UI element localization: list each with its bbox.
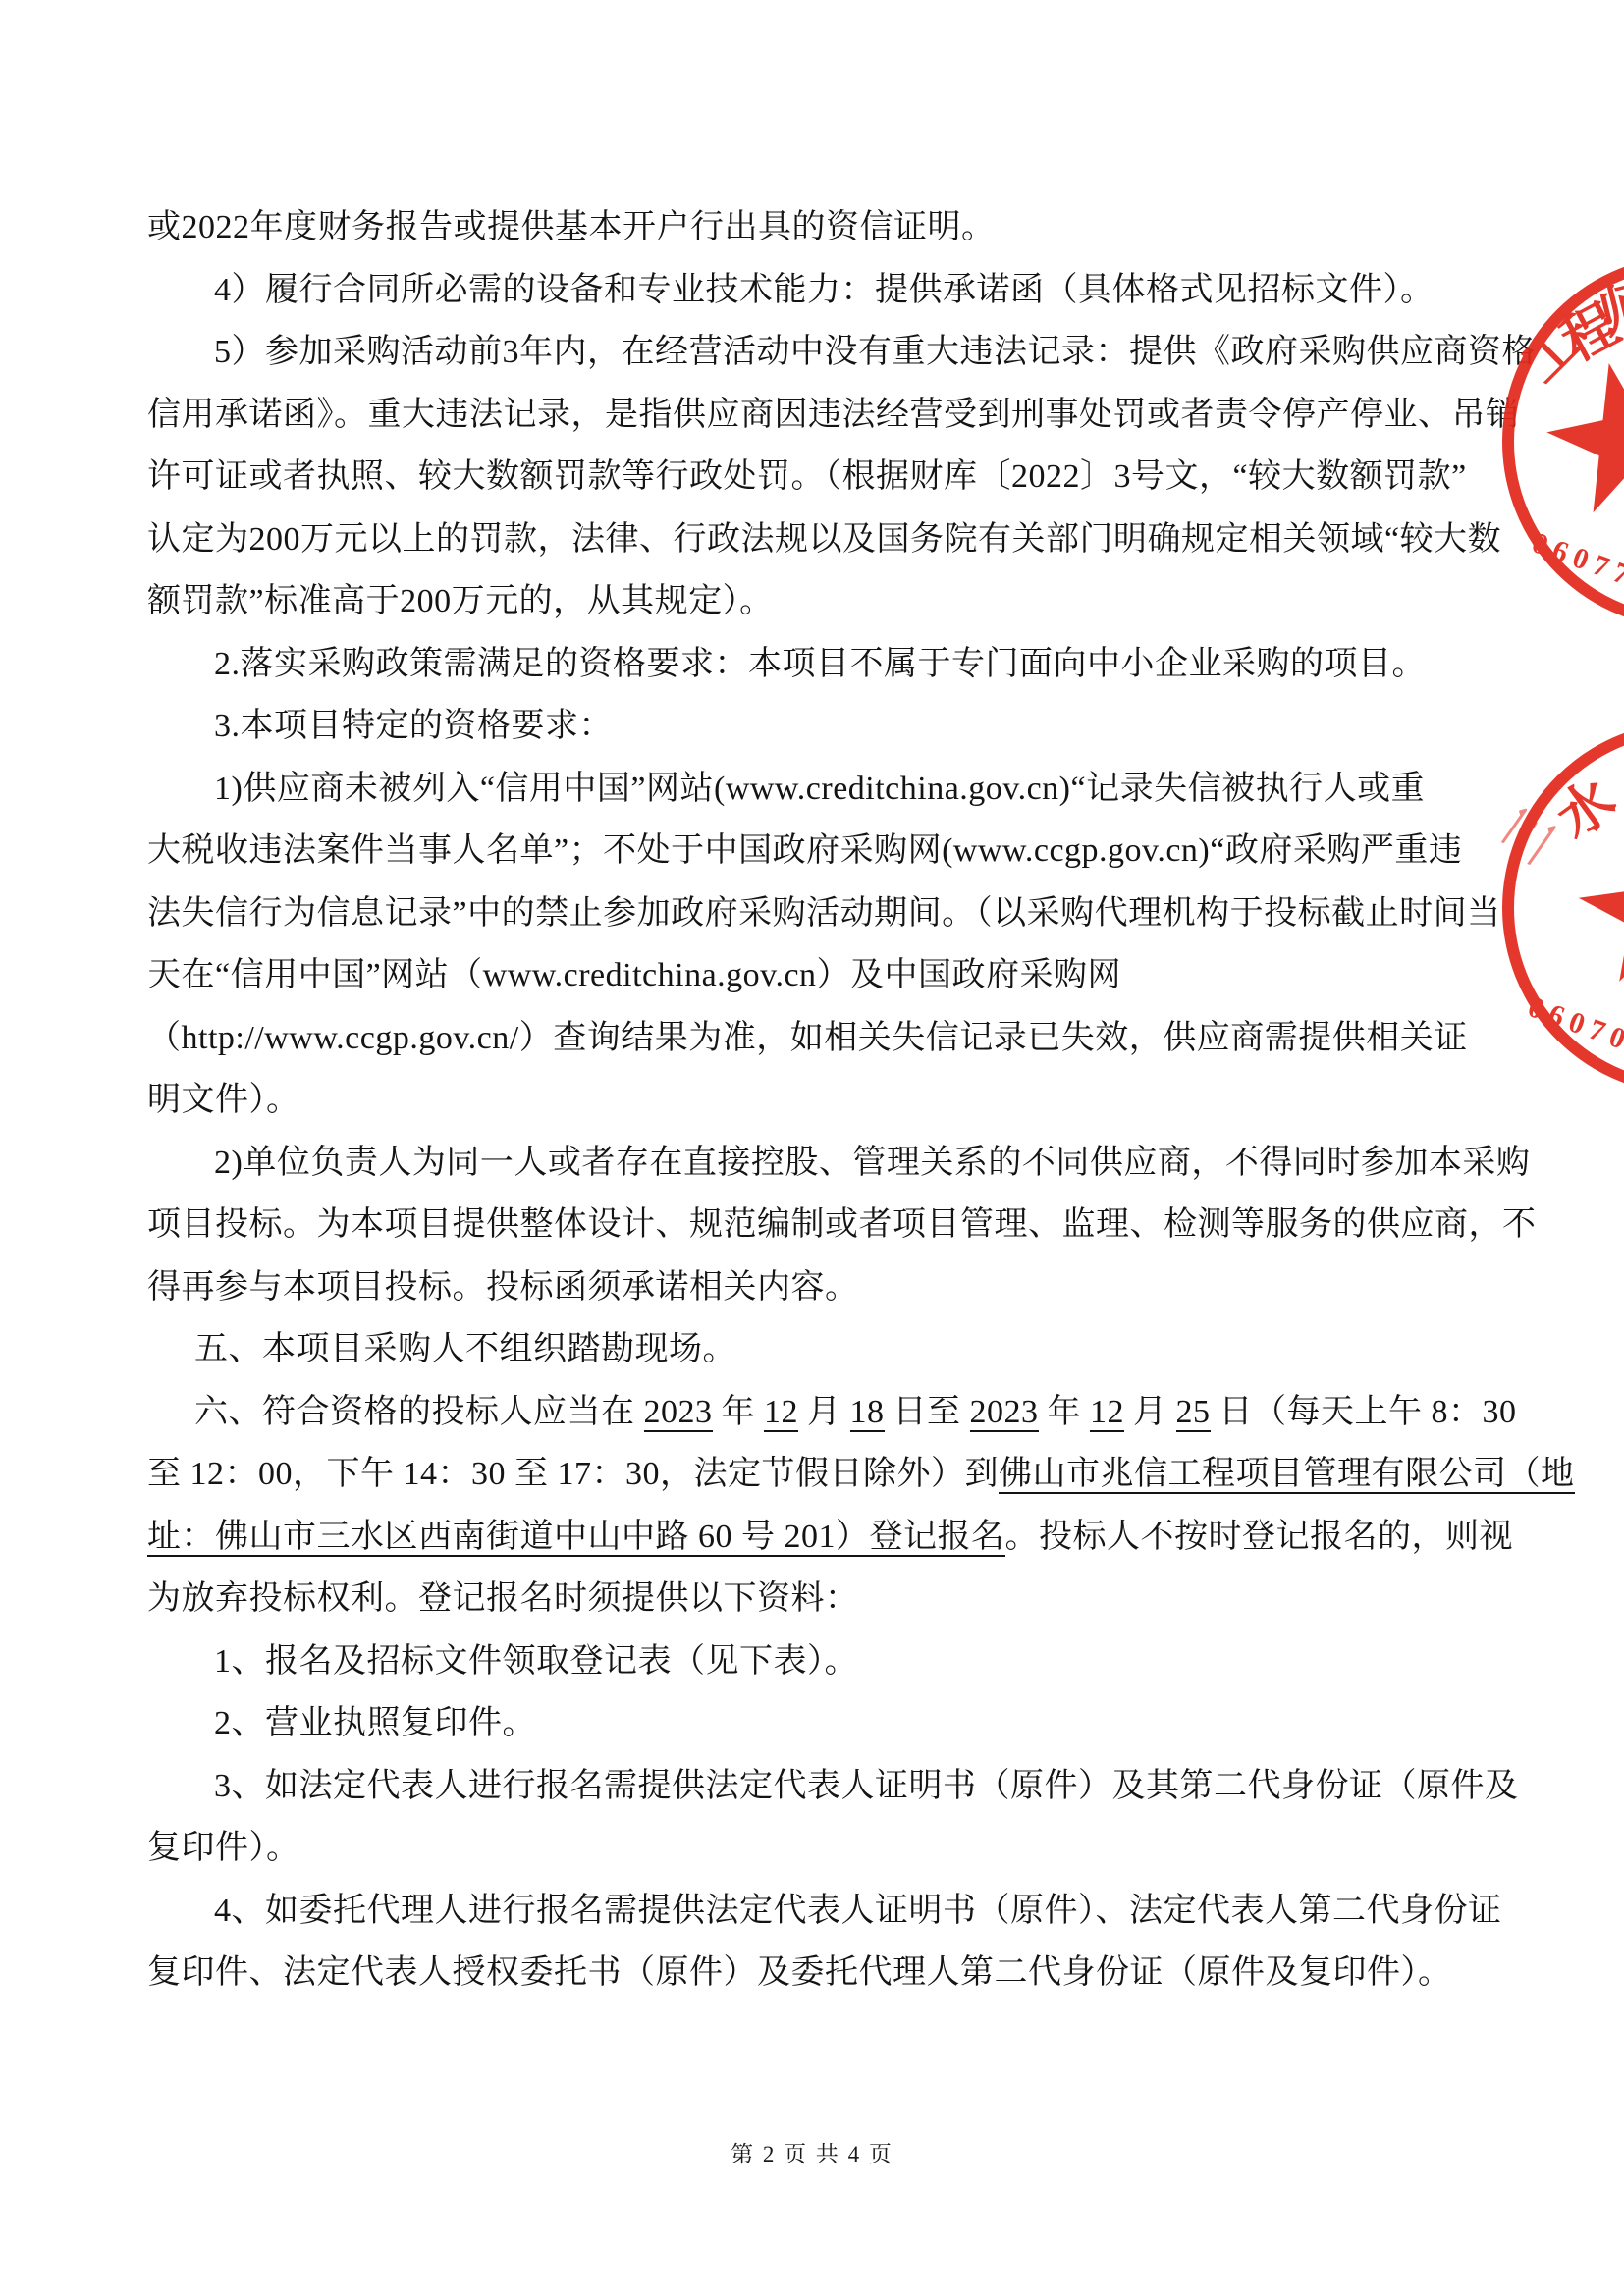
- document-body: 或2022年度财务报告或提供基本开户行出具的资信证明。4）履行合同所必需的设备和…: [147, 196, 1561, 2004]
- text-segment: 项目投标。为本项目提供整体设计、规范编制或者项目管理、监理、检测等服务的供应商，…: [147, 1206, 1537, 1243]
- stamp-arc-text: 程: [1553, 296, 1624, 371]
- text-line: 复印件、法定代表人授权委托书（原件）及委托代理人第二代身份证（原件及复印件）。: [147, 1942, 1561, 2004]
- text-segment: 大税收违法案件当事人名单”；不处于中国政府采购网(www.ccgp.gov.cn…: [147, 832, 1462, 869]
- text-line: 2、营业执照复印件。: [147, 1692, 1561, 1755]
- star-icon: ★: [1555, 798, 1624, 1017]
- text-segment: 复印件、法定代表人授权委托书（原件）及委托代理人第二代身份证（原件及复印件）。: [147, 1954, 1452, 1991]
- text-segment: 日（每天上午 8：30: [1211, 1394, 1517, 1430]
- text-segment: 天在“信用中国”网站（www.creditchina.gov.cn）及中国政府采…: [147, 957, 1121, 993]
- text-line: 3、如法定代表人进行报名需提供法定代表人证明书（原件）及其第二代身份证（原件及: [147, 1755, 1561, 1818]
- text-segment: 明文件）。: [147, 1082, 300, 1118]
- text-line: 2)单位负责人为同一人或者存在直接控股、管理关系的不同供应商，不得同时参加本采购: [147, 1132, 1561, 1195]
- text-segment: 认定为200万元以上的罚款，法律、行政法规以及国务院有关部门明确规定相关领域“较…: [147, 521, 1501, 558]
- text-segment: 4）履行合同所必需的设备和专业技术能力：提供承诺函（具体格式见招标文件）。: [214, 272, 1435, 308]
- text-segment: 。投标人不按时登记报名的，则视: [1005, 1519, 1514, 1555]
- text-segment: 2)单位负责人为同一人或者存在直接控股、管理关系的不同供应商，不得同时参加本采购: [214, 1145, 1530, 1181]
- text-line: 项目投标。为本项目提供整体设计、规范编制或者项目管理、监理、检测等服务的供应商，…: [147, 1194, 1561, 1256]
- text-line: 信用承诺函》。重大违法记录，是指供应商因违法经营受到刑事处罚或者责令停产停业、吊…: [147, 384, 1561, 447]
- text-line: 或2022年度财务报告或提供基本开户行出具的资信证明。: [147, 196, 1561, 259]
- text-line: （http://www.ccgp.gov.cn/）查询结果为准，如相关失信记录已…: [147, 1007, 1561, 1070]
- text-line: 至 12：00，下午 14：30 至 17：30，法定节假日除外）到佛山市兆信工…: [147, 1443, 1561, 1506]
- text-segment: 为放弃投标权利。登记报名时须提供以下资料：: [147, 1580, 859, 1617]
- text-segment: 月: [798, 1394, 850, 1430]
- text-segment: 信用承诺函》。重大违法记录，是指供应商因违法经营受到刑事处罚或者责令停产停业、吊…: [147, 397, 1520, 433]
- text-segment: 年: [1039, 1394, 1091, 1430]
- text-line: 复印件）。: [147, 1817, 1561, 1880]
- underlined-text: 12: [1090, 1394, 1124, 1432]
- text-line: 法失信行为信息记录”中的禁止参加政府采购活动期间。（以采购代理机构于投标截止时间…: [147, 882, 1561, 945]
- underlined-text: 2023: [644, 1394, 713, 1432]
- text-segment: 3.本项目特定的资格要求：: [214, 708, 613, 744]
- text-line: 得再参与本项目投标。投标函须承诺相关内容。: [147, 1256, 1561, 1319]
- text-segment: 1)供应商未被列入“信用中国”网站(www.creditchina.gov.cn…: [214, 771, 1425, 807]
- text-line: 1)供应商未被列入“信用中国”网站(www.creditchina.gov.cn…: [147, 758, 1561, 821]
- text-line: 许可证或者执照、较大数额罚款等行政处罚。（根据财库〔2022〕3号文，“较大数额…: [147, 446, 1561, 508]
- text-segment: 至 12：00，下午 14：30 至 17：30，法定节假日除外）到: [147, 1456, 999, 1492]
- text-line: 2.落实采购政策需满足的资格要求：本项目不属于专门面向中小企业采购的项目。: [147, 633, 1561, 696]
- text-segment: 或2022年度财务报告或提供基本开户行出具的资信证明。: [147, 209, 996, 245]
- text-line: 5）参加采购活动前3年内，在经营活动中没有重大违法记录：提供《政府采购供应商资格: [147, 321, 1561, 384]
- text-line: 天在“信用中国”网站（www.creditchina.gov.cn）及中国政府采…: [147, 944, 1561, 1007]
- underlined-text: 18: [850, 1394, 885, 1432]
- text-line: 1、报名及招标文件领取登记表（见下表）。: [147, 1630, 1561, 1693]
- underlined-text: 25: [1176, 1394, 1211, 1432]
- text-line: 认定为200万元以上的罚款，法律、行政法规以及国务院有关部门明确规定相关领域“较…: [147, 508, 1561, 571]
- underlined-text: 佛山市兆信工程项目管理有限公司（地: [999, 1456, 1575, 1494]
- text-segment: 2、营业执照复印件。: [214, 1705, 536, 1741]
- text-segment: 日至: [885, 1394, 970, 1430]
- text-segment: 5）参加采购活动前3年内，在经营活动中没有重大违法记录：提供《政府采购供应商资格: [214, 334, 1536, 370]
- text-segment: （http://www.ccgp.gov.cn/）查询结果为准，如相关失信记录已…: [147, 1020, 1468, 1056]
- text-line: 大税收违法案件当事人名单”；不处于中国政府采购网(www.ccgp.gov.cn…: [147, 820, 1561, 882]
- text-line: 址：佛山市三水区西南街道中山中路 60 号 201）登记报名。投标人不按时登记报…: [147, 1506, 1561, 1569]
- text-line: 明文件）。: [147, 1069, 1561, 1132]
- text-line: 六、符合资格的投标人应当在 2023 年 12 月 18 日至 2023 年 1…: [147, 1381, 1561, 1444]
- text-segment: 3、如法定代表人进行报名需提供法定代表人证明书（原件）及其第二代身份证（原件及: [214, 1768, 1519, 1804]
- text-line: 3.本项目特定的资格要求：: [147, 695, 1561, 758]
- text-segment: 额罚款”标准高于200万元的，从其规定）。: [147, 583, 774, 619]
- text-line: 额罚款”标准高于200万元的，从其规定）。: [147, 570, 1561, 633]
- text-segment: 五、本项目采购人不组织踏勘现场。: [194, 1331, 736, 1367]
- text-segment: 许可证或者执照、较大数额罚款等行政处罚。（根据财库〔2022〕3号文，“较大数额…: [147, 458, 1467, 495]
- text-segment: 4、如委托代理人进行报名需提供法定代表人证明书（原件）、法定代表人第二代身份证: [214, 1893, 1502, 1929]
- underlined-text: 2023: [970, 1394, 1039, 1432]
- underlined-text: 址：佛山市三水区西南街道中山中路 60 号 201）登记报名: [147, 1519, 1005, 1557]
- text-segment: 2.落实采购政策需满足的资格要求：本项目不属于专门面向中小企业采购的项目。: [214, 646, 1426, 682]
- text-line: 4、如委托代理人进行报名需提供法定代表人证明书（原件）、法定代表人第二代身份证: [147, 1880, 1561, 1943]
- text-segment: 年: [713, 1394, 765, 1430]
- underlined-text: 12: [764, 1394, 798, 1432]
- text-segment: 月: [1124, 1394, 1176, 1430]
- text-line: 为放弃投标权利。登记报名时须提供以下资料：: [147, 1568, 1561, 1630]
- text-segment: 六、符合资格的投标人应当在: [194, 1394, 644, 1430]
- text-segment: 复印件）。: [147, 1830, 300, 1866]
- stamp-arc-text: 师: [1595, 277, 1624, 344]
- text-line: 4）履行合同所必需的设备和专业技术能力：提供承诺函（具体格式见招标文件）。: [147, 259, 1561, 322]
- text-segment: 得再参与本项目投标。投标函须承诺相关内容。: [147, 1269, 859, 1306]
- text-segment: 法失信行为信息记录”中的禁止参加政府采购活动期间。（以采购代理机构于投标截止时间…: [147, 895, 1501, 932]
- page-footer: 第 2 页 共 4 页: [0, 2136, 1624, 2168]
- text-segment: 1、报名及招标文件领取登记表（见下表）。: [214, 1643, 858, 1680]
- text-line: 五、本项目采购人不组织踏勘现场。: [147, 1318, 1561, 1381]
- document-page: 或2022年度财务报告或提供基本开户行出具的资信证明。4）履行合同所必需的设备和…: [0, 0, 1624, 2296]
